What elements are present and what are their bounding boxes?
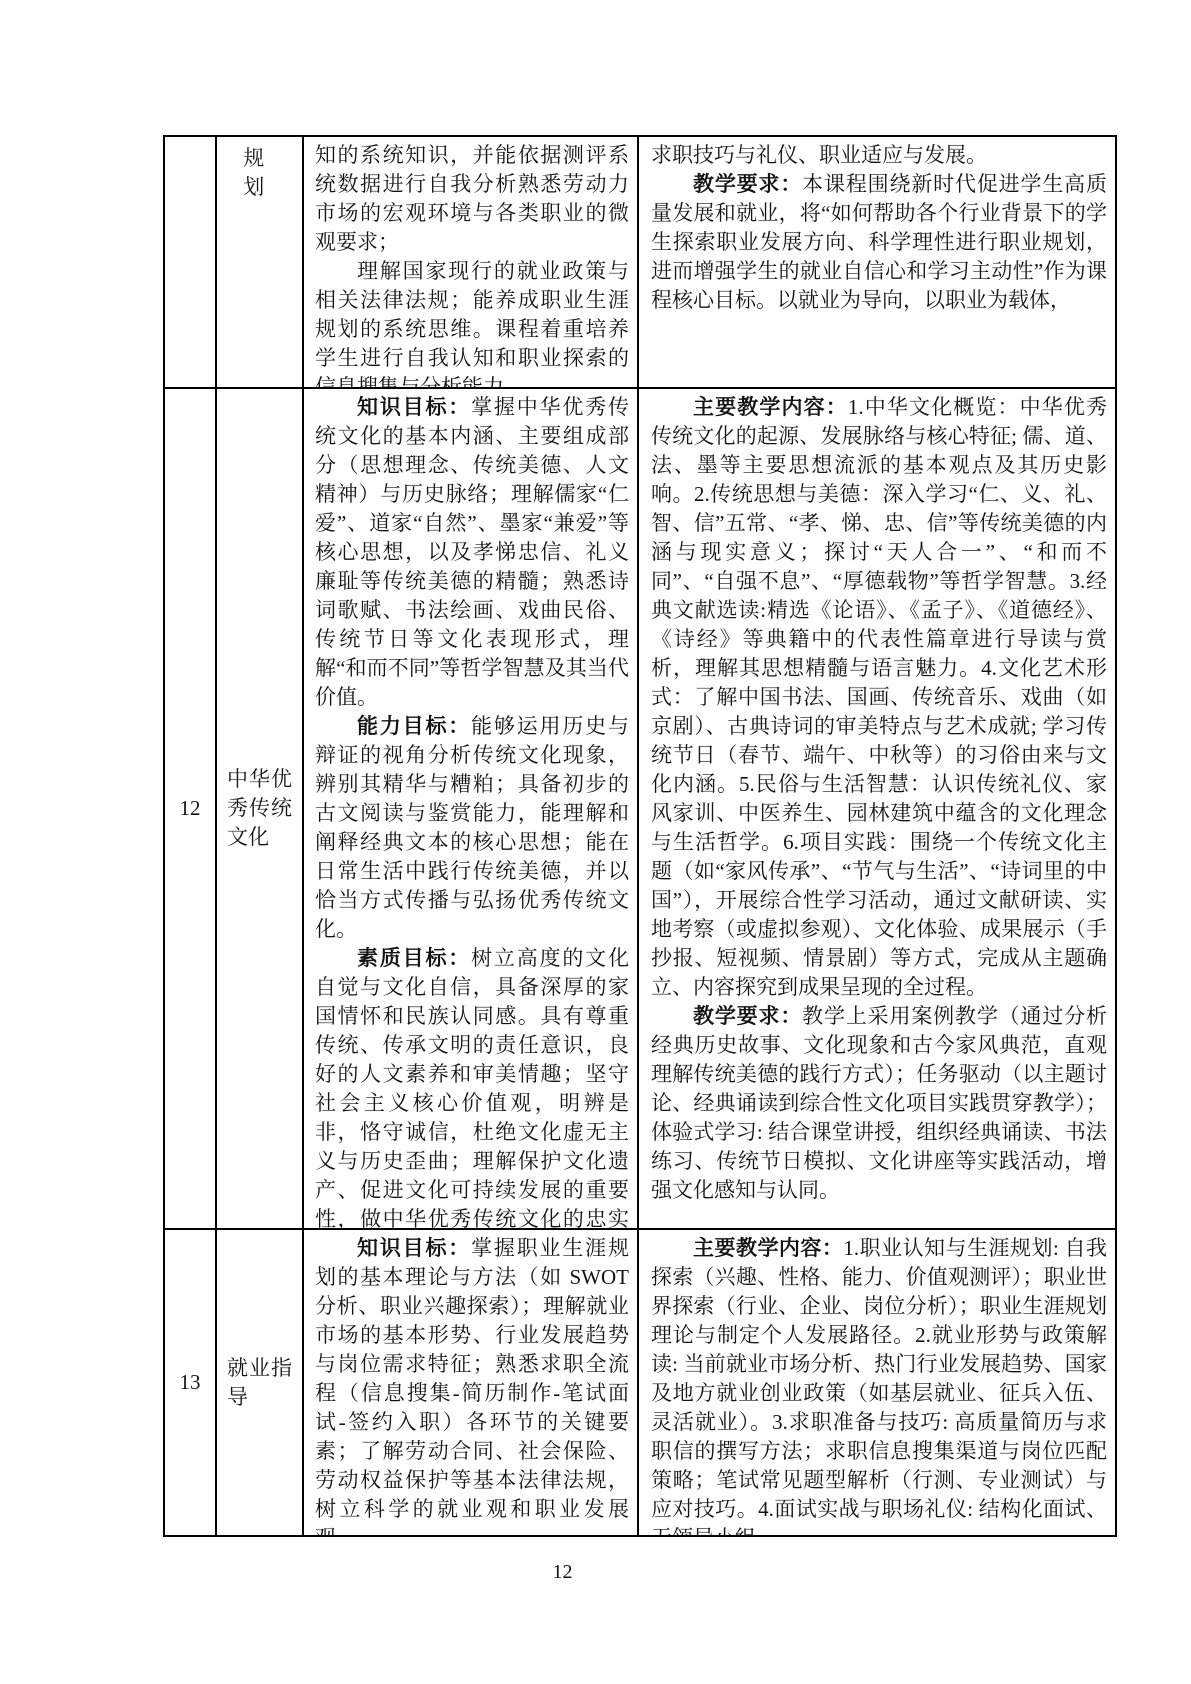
paragraph-text: 掌握职业生涯规划的基本理论与方法（如 SWOT 分析、职业兴趣探索）；理解就业市…: [315, 1236, 629, 1535]
course-name-cell: 规划: [217, 137, 304, 389]
paragraph: 知识目标：掌握职业生涯规划的基本理论与方法（如 SWOT 分析、职业兴趣探索）；…: [315, 1234, 629, 1535]
content-cell: 求职技巧与礼仪、职业适应与发展。 教学要求：本课程围绕新时代促进学生高质量发展和…: [639, 137, 1115, 389]
objectives-cell: 知识目标：掌握职业生涯规划的基本理论与方法（如 SWOT 分析、职业兴趣探索）；…: [304, 1230, 639, 1535]
paragraph-text: 能够运用历史与辩证的视角分析传统文化现象，辨别其精华与糟粕；具备初步的古文阅读与…: [315, 714, 629, 941]
paragraph-label: 主要教学内容：: [693, 1236, 843, 1260]
row-number-cell: 12: [165, 389, 217, 1230]
paragraph: 教学要求：教学上采用案例教学（通过分析经典历史故事、文化现象和古今家风典范，直观…: [651, 1002, 1107, 1205]
paragraph-text: 1.中华文化概览：中华优秀传统文化的起源、发展脉络与核心特征; 儒、道、法、墨等…: [651, 395, 1107, 999]
paragraph-label: 能力目标：: [357, 714, 471, 738]
paragraph-label: 教学要求：: [693, 1004, 802, 1028]
paragraph: 素质目标：树立高度的文化自觉与文化自信，具备深厚的家国情怀和民族认同感。具有尊重…: [315, 944, 629, 1230]
paragraph-text: 树立高度的文化自觉与文化自信，具备深厚的家国情怀和民族认同感。具有尊重传统、传承…: [315, 946, 629, 1230]
paragraph: 能力目标：能够运用历史与辩证的视角分析传统文化现象，辨别其精华与糟粕；具备初步的…: [315, 712, 629, 944]
paragraph-label: 素质目标：: [357, 946, 471, 970]
paragraph-label: 知识目标：: [357, 1236, 471, 1260]
paragraph: 知识目标：掌握中华优秀传统文化的基本内涵、主要组成部分（思想理念、传统美德、人文…: [315, 393, 629, 712]
objectives-cell: 知的系统知识，并能依据测评系统数据进行自我分析熟悉劳动力市场的宏观环境与各类职业…: [304, 137, 639, 389]
paragraph: 求职技巧与礼仪、职业适应与发展。: [651, 141, 1107, 170]
paragraph: 主要教学内容：1.职业认知与生涯规划: 自我探索（兴趣、性格、能力、价值观测评）…: [651, 1234, 1107, 1535]
paragraph-text: 教学上采用案例教学（通过分析经典历史故事、文化现象和古今家风典范，直观理解传统美…: [651, 1004, 1107, 1202]
paragraph-text: 掌握中华优秀传统文化的基本内涵、主要组成部分（思想理念、传统美德、人文精神）与历…: [315, 395, 629, 709]
paragraph-text: 1.职业认知与生涯规划: 自我探索（兴趣、性格、能力、价值观测评）；职业世界探索…: [651, 1236, 1107, 1535]
row-number-cell: [165, 137, 217, 389]
page-number: 12: [0, 1560, 1125, 1584]
course-name-cell: 中华优秀传统文化: [217, 389, 304, 1230]
paragraph: 理解国家现行的就业政策与相关法律法规；能养成职业生涯规划的系统思维。课程着重培养…: [315, 257, 629, 389]
document-page: 规划 知的系统知识，并能依据测评系统数据进行自我分析熟悉劳动力市场的宏观环境与各…: [0, 0, 1191, 1684]
paragraph-label: 主要教学内容：: [693, 395, 848, 419]
paragraph-label: 知识目标：: [357, 395, 471, 419]
paragraph: 知的系统知识，并能依据测评系统数据进行自我分析熟悉劳动力市场的宏观环境与各类职业…: [315, 141, 629, 257]
course-name: 中华优秀传统文化: [227, 765, 292, 852]
row-number: 12: [180, 794, 201, 823]
row-number-cell: 13: [165, 1230, 217, 1535]
paragraph: 教学要求：本课程围绕新时代促进学生高质量发展和就业，将“如何帮助各个行业背景下的…: [651, 170, 1107, 315]
course-name: 就业指导: [227, 1354, 292, 1412]
content-cell: 主要教学内容：1.职业认知与生涯规划: 自我探索（兴趣、性格、能力、价值观测评）…: [639, 1230, 1115, 1535]
paragraph-text: 知的系统知识，并能依据测评系统数据进行自我分析熟悉劳动力市场的宏观环境与各类职业…: [315, 143, 629, 254]
row-number: 13: [180, 1368, 201, 1397]
paragraph-label: 教学要求：: [693, 172, 802, 196]
paragraph-text: 求职技巧与礼仪、职业适应与发展。: [651, 143, 987, 167]
paragraph: 主要教学内容：1.中华文化概览：中华优秀传统文化的起源、发展脉络与核心特征; 儒…: [651, 393, 1107, 1002]
course-name-cell: 就业指导: [217, 1230, 304, 1535]
content-cell: 主要教学内容：1.中华文化概览：中华优秀传统文化的起源、发展脉络与核心特征; 儒…: [639, 389, 1115, 1230]
paragraph-text: 理解国家现行的就业政策与相关法律法规；能养成职业生涯规划的系统思维。课程着重培养…: [315, 259, 629, 389]
curriculum-table: 规划 知的系统知识，并能依据测评系统数据进行自我分析熟悉劳动力市场的宏观环境与各…: [163, 135, 1117, 1537]
objectives-cell: 知识目标：掌握中华优秀传统文化的基本内涵、主要组成部分（思想理念、传统美德、人文…: [304, 389, 639, 1230]
course-name: 规划: [227, 144, 292, 202]
